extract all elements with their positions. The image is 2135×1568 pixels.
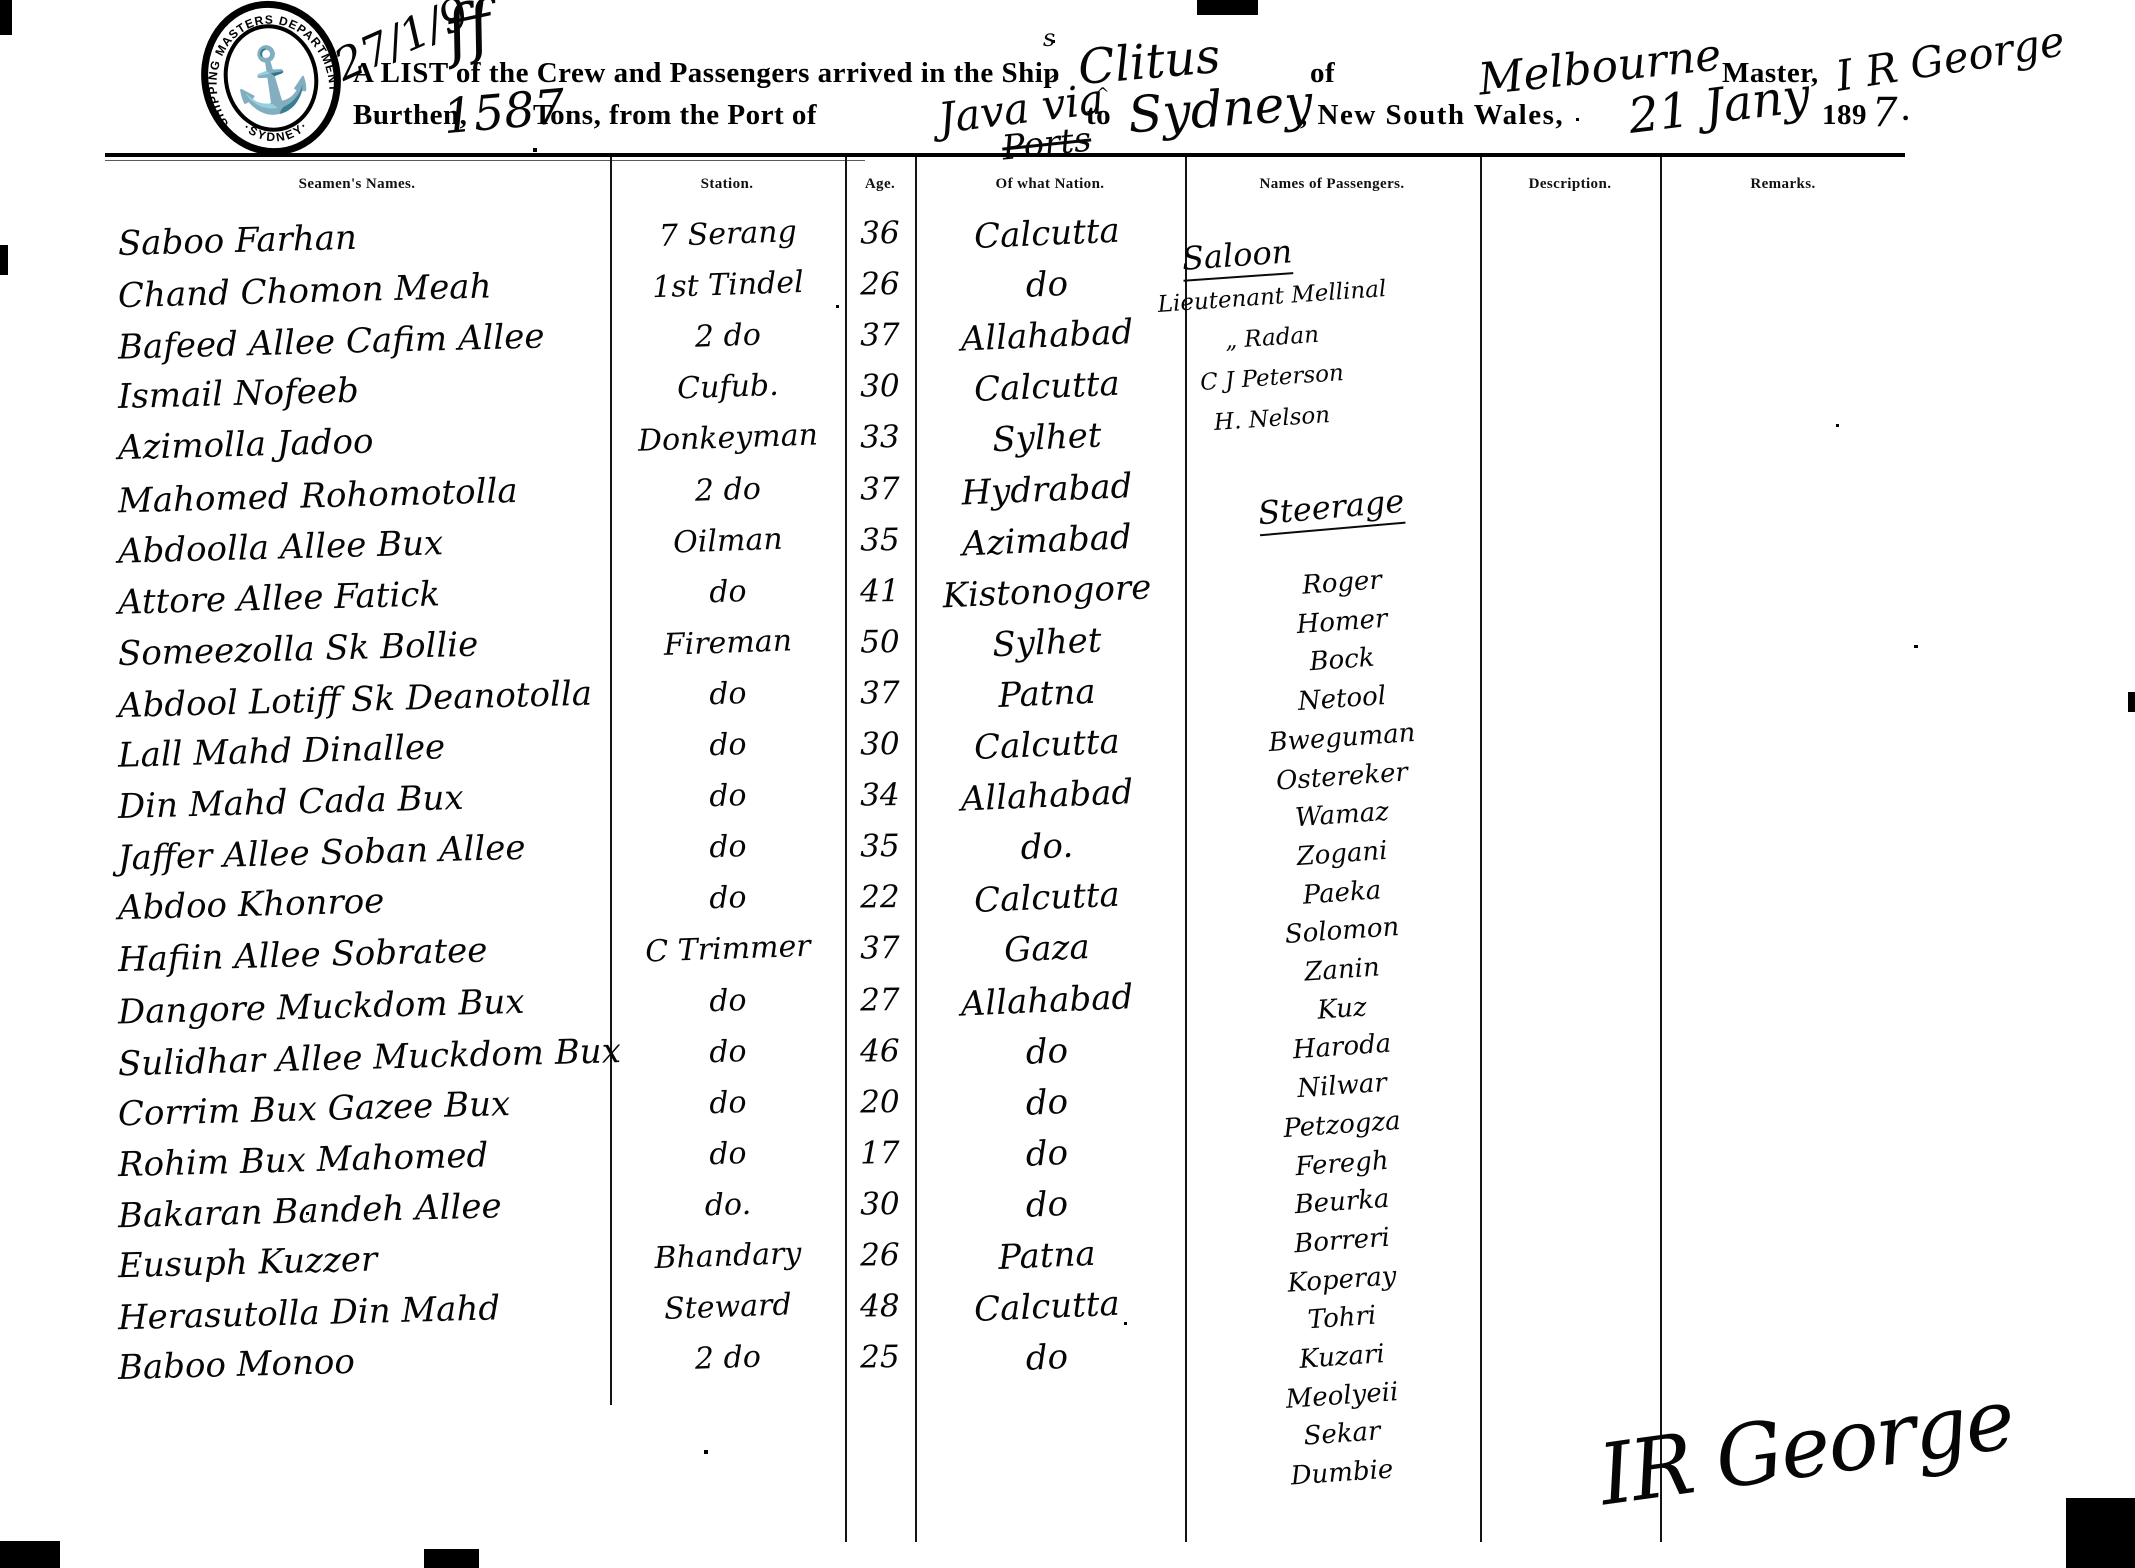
station-value: do: [613, 775, 842, 818]
station-value: 2 do: [613, 1337, 842, 1380]
nation-value: do: [911, 1128, 1182, 1180]
seaman-name: Bakaran Bandeh Allee: [117, 1186, 502, 1236]
age-value: 34: [847, 777, 913, 814]
scan-speck: [836, 305, 839, 308]
column-header-nation: Of what Nation.: [996, 176, 1105, 193]
station-value: do: [613, 1132, 842, 1175]
station-value: Bhandary: [613, 1235, 842, 1278]
nation-value: do: [911, 1077, 1182, 1129]
station-value: 2 do: [613, 315, 842, 358]
scan-artifact: [0, 0, 12, 35]
seaman-name: Baboo Monoo: [117, 1342, 355, 1388]
station-value: 2 do: [613, 468, 842, 511]
nation-value: Calcutta: [911, 1281, 1182, 1333]
seaman-name: Eusuph Kuzzer: [117, 1239, 377, 1286]
age-value: 37: [847, 930, 913, 967]
year-printed: 189: [1822, 99, 1867, 132]
scan-speck: [1576, 118, 1579, 121]
age-value: 27: [847, 981, 913, 1018]
station-value: C Trimmer: [613, 928, 842, 971]
master-signature: IR George: [1593, 1370, 2019, 1525]
nation-value: Kistonogore: [911, 566, 1182, 618]
nation-value: do.: [911, 821, 1182, 873]
seaman-name: Ismail Nofeeb: [117, 371, 359, 417]
year-written: 7: [1872, 90, 1897, 136]
seaman-name: Sulidhar Allee Muckdom Bux: [118, 1031, 622, 1084]
seaman-name: Azimolla Jadoo: [117, 422, 373, 469]
nation-value: Calcutta: [911, 872, 1182, 924]
station-value: Steward: [613, 1286, 842, 1329]
destination-port: Sydney: [1126, 74, 1314, 145]
age-value: 30: [847, 726, 913, 763]
scan-speck: [1914, 645, 1918, 648]
to-label: to: [1086, 99, 1111, 132]
station-value: do: [613, 673, 842, 716]
nation-value: Calcutta: [911, 208, 1182, 260]
age-value: 20: [847, 1084, 913, 1121]
age-value: 37: [847, 675, 913, 712]
station-value: Oilman: [613, 519, 842, 562]
inserted-letter: s: [1043, 24, 1055, 52]
station-value: do: [613, 826, 842, 869]
seaman-name: Jaffer Allee Soban Allee: [117, 828, 525, 879]
nation-value: do: [911, 1179, 1182, 1231]
nation-value: Patna: [911, 668, 1182, 720]
age-value: 26: [847, 1237, 913, 1274]
station-value: do: [613, 724, 842, 767]
ports-note-crossed: Ports: [1000, 119, 1093, 168]
scan-artifact: [0, 1541, 60, 1568]
column-header-seamens-names: Seamen's Names.: [299, 176, 416, 193]
age-value: 48: [847, 1288, 913, 1325]
column-header-passengers: Names of Passengers.: [1259, 176, 1404, 193]
station-value: do: [613, 877, 842, 920]
period-mark: .: [1902, 95, 1910, 128]
nation-value: Calcutta: [911, 719, 1182, 771]
scan-speck: [1836, 424, 1839, 427]
master-name: I R George: [1833, 16, 2068, 100]
table-top-rule-double: [105, 160, 865, 161]
seaman-name: Attore Allee Fatick: [117, 574, 440, 622]
age-value: 46: [847, 1033, 913, 1070]
nation-value: do: [911, 1026, 1182, 1078]
seaman-name: Abdoolla Allee Bux: [117, 523, 443, 572]
scan-artifact: [2066, 1498, 2135, 1568]
nation-value: Hydrabad: [911, 463, 1182, 515]
seaman-name: Mahomed Rohomotolla: [117, 470, 518, 520]
nation-value: Allahabad: [911, 974, 1182, 1026]
nation-value: Allahabad: [911, 770, 1182, 822]
form-title: A LIST of the Crew and Passengers arrive…: [353, 57, 1060, 90]
anchor-icon: ⚓: [225, 36, 318, 123]
age-value: 30: [847, 368, 913, 405]
scan-speck: [1124, 1322, 1127, 1325]
nation-value: Azimabad: [911, 515, 1182, 567]
saloon-heading: Saloon: [1181, 232, 1294, 282]
age-value: 35: [847, 522, 913, 559]
seaman-name: Chand Chomon Meah: [117, 267, 491, 317]
age-value: 37: [847, 317, 913, 354]
shipping-masters-seal: SHIPPING MASTERS DEPARTMENT ·SYDNEY· ⚓: [193, 0, 349, 169]
seaman-name: Corrim Bux Gazee Bux: [117, 1084, 510, 1134]
station-value: 1st Tindel: [613, 264, 842, 307]
age-value: 50: [847, 624, 913, 661]
nation-value: Gaza: [911, 923, 1182, 975]
age-value: 30: [847, 1186, 913, 1223]
seaman-name: Bafeed Allee Cafim Allee: [117, 317, 544, 368]
station-value: do.: [613, 1184, 842, 1227]
scan-artifact: [2128, 692, 2135, 712]
seaman-name: Herasutolla Din Mahd: [117, 1288, 500, 1338]
seaman-name: Saboo Farhan: [117, 218, 357, 264]
age-value: 36: [847, 215, 913, 252]
station-value: Donkeyman: [613, 417, 842, 460]
age-value: 17: [847, 1135, 913, 1172]
age-value: 22: [847, 879, 913, 916]
scan-speck: [704, 1450, 708, 1454]
nation-value: Sylhet: [911, 617, 1182, 669]
nation-value: do: [911, 1332, 1182, 1384]
station-value: 7 Serang: [613, 213, 842, 256]
scan-artifact: [0, 245, 8, 275]
scan-speck: [306, 1212, 309, 1215]
seaman-name: Din Mahd Cada Bux: [117, 778, 464, 827]
seaman-name: Someezolla Sk Bollie: [117, 624, 478, 673]
station-value: do: [613, 979, 842, 1022]
column-header-description: Description.: [1529, 176, 1612, 193]
station-value: do: [613, 1081, 842, 1124]
column-header-age: Age.: [865, 176, 895, 193]
tons-from-label: Tons, from the Port of: [533, 99, 817, 132]
document-page: SHIPPING MASTERS DEPARTMENT ·SYDNEY· ⚓ 2…: [0, 0, 2135, 1568]
seaman-name: Rohim Bux Mahomed: [117, 1135, 488, 1185]
seaman-name: Abdool Lotiff Sk Deanotolla: [117, 674, 592, 726]
scan-speck: [533, 148, 537, 152]
steerage-passenger-name: Dumbie: [1211, 1449, 1472, 1497]
seaman-name: Hafiin Allee Sobratee: [117, 931, 487, 981]
scan-speck: [1052, 40, 1055, 43]
table-top-rule: [105, 153, 1905, 157]
age-value: 41: [847, 573, 913, 610]
station-value: do: [613, 1030, 842, 1073]
station-value: do: [613, 570, 842, 613]
seaman-name: Lall Mahd Dinallee: [117, 727, 445, 776]
age-value: 26: [847, 266, 913, 303]
seaman-name: Abdoo Khonroe: [117, 882, 384, 929]
nation-value: Patna: [911, 1230, 1182, 1282]
age-value: 35: [847, 828, 913, 865]
state-label: , New South Wales,: [1300, 99, 1564, 132]
column-header-station: Station.: [701, 176, 754, 193]
scan-artifact: [1197, 0, 1258, 15]
station-value: Cufub.: [613, 366, 842, 409]
scan-artifact: [424, 1549, 479, 1568]
of-label: of: [1310, 57, 1335, 90]
age-value: 37: [847, 470, 913, 507]
age-value: 33: [847, 419, 913, 456]
age-value: 25: [847, 1339, 913, 1376]
column-header-remarks: Remarks.: [1750, 176, 1815, 193]
station-value: Fireman: [613, 621, 842, 664]
seaman-name: Dangore Muckdom Bux: [117, 981, 524, 1032]
